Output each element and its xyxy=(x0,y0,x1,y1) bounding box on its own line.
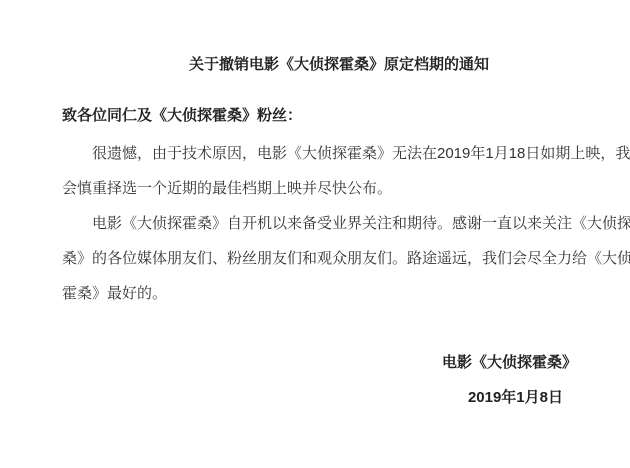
notice-paragraph-2: 电影《大侦探霍桑》自开机以来备受业界关注和期待。感谢一直以来关注《大侦探霍 桑》… xyxy=(62,206,590,311)
paragraph-line: 很遗憾，由于技术原因，电影《大侦探霍桑》无法在2019年1月18日如期上映，我们 xyxy=(62,136,590,171)
paragraph-line: 霍桑》最好的。 xyxy=(62,276,590,311)
notice-signature: 电影《大侦探霍桑》 xyxy=(62,345,590,380)
paragraph-line: 桑》的各位媒体朋友们、粉丝朋友们和观众朋友们。路途遥远，我们会尽全力给《大侦探 xyxy=(62,241,590,276)
notice-title: 关于撤销电影《大侦探霍桑》原定档期的通知 xyxy=(75,47,603,82)
notice-date: 2019年1月8日 xyxy=(62,380,590,415)
notice-paragraph-1: 很遗憾，由于技术原因，电影《大侦探霍桑》无法在2019年1月18日如期上映，我们… xyxy=(62,136,590,206)
paragraph-line: 会慎重择选一个近期的最佳档期上映并尽快公布。 xyxy=(62,171,590,206)
paragraph-line: 电影《大侦探霍桑》自开机以来备受业界关注和期待。感谢一直以来关注《大侦探霍 xyxy=(62,206,590,241)
notice-salutation: 致各位同仁及《大侦探霍桑》粉丝： xyxy=(62,98,590,133)
notice-page: 关于撤销电影《大侦探霍桑》原定档期的通知 致各位同仁及《大侦探霍桑》粉丝： 很遗… xyxy=(0,0,630,468)
